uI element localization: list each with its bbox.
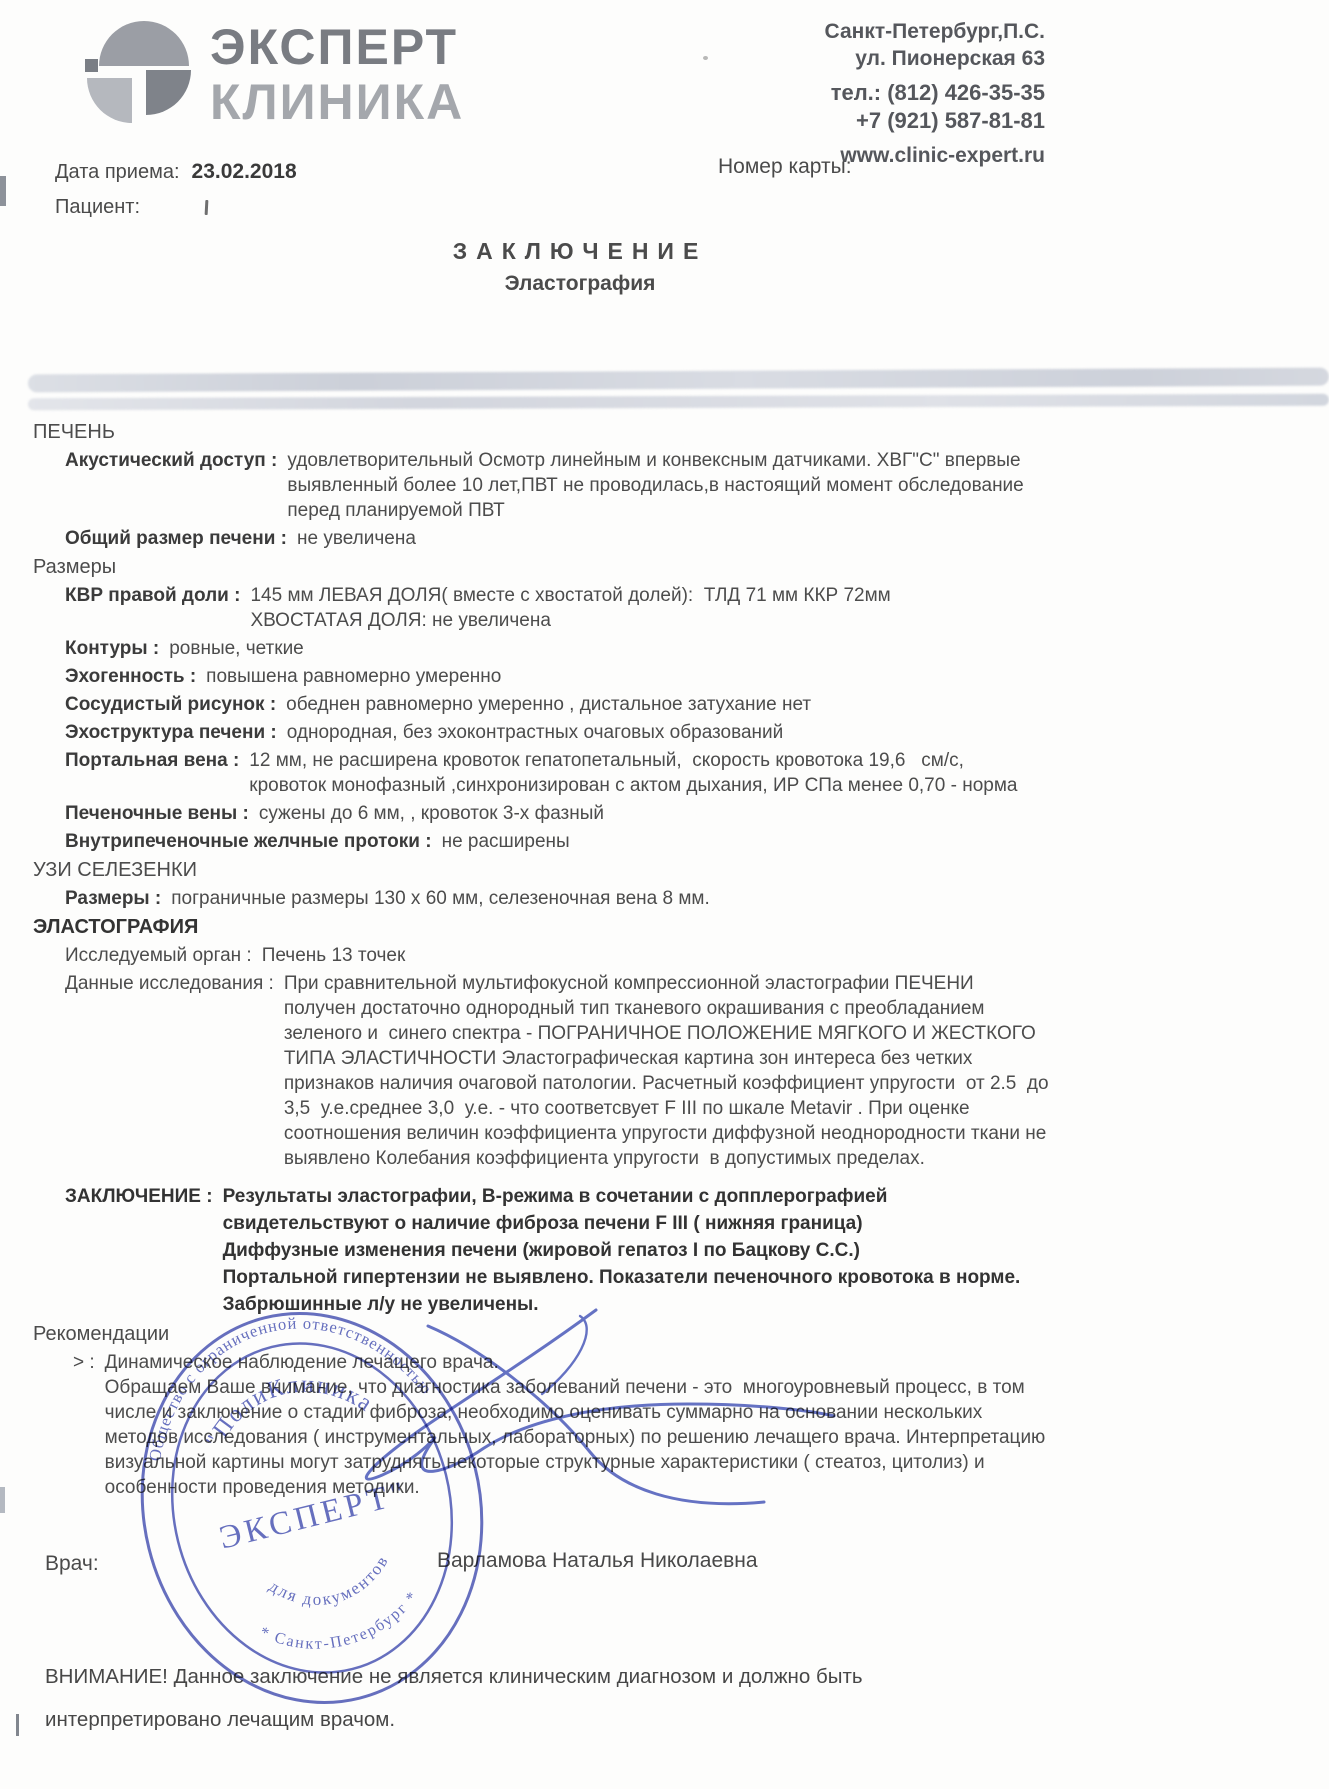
field-value: Печень 13 точек — [262, 943, 406, 968]
doctor-signature — [128, 1282, 868, 1522]
text-line: признаков наличия очаговой патологии. Ра… — [284, 1071, 1049, 1096]
field-row-echostructure: Эхоструктура печени : однородная, без эх… — [33, 720, 1153, 745]
admission-date-label: Дата приема: — [55, 161, 180, 183]
text-line: сужены до 6 мм, , кровоток 3-х фазный — [259, 801, 604, 826]
text-line: не расширены — [442, 829, 570, 854]
field-label: Общий размер печени : — [65, 526, 287, 551]
clinic-logo-icon — [72, 14, 204, 132]
field-value: не расширены — [442, 829, 570, 854]
clinic-address-city: Санкт-Петербург,П.С. — [825, 18, 1045, 45]
text-line: свидетельствуют о наличие фиброза печени… — [223, 1210, 1021, 1237]
doctor-label: Врач: — [45, 1552, 99, 1576]
clinic-phone-2: +7 (921) 587-81-81 — [825, 107, 1045, 135]
section-header-sizes: Размеры — [33, 554, 1153, 580]
document-page: ЭКСПЕРТ КЛИНИКА Санкт-Петербург,П.С. ул.… — [0, 0, 1329, 1789]
scan-band-artifact — [28, 394, 1329, 411]
text-line: не увеличена — [297, 526, 416, 551]
text-line: зеленого и синего спектра - ПОГРАНИЧНОЕ … — [284, 1021, 1049, 1046]
clinic-address-street: ул. Пионерская 63 — [825, 45, 1045, 72]
admission-date-value: 23.02.2018 — [192, 160, 297, 183]
clinic-contact-block: Санкт-Петербург,П.С. ул. Пионерская 63 т… — [825, 18, 1045, 168]
text-line: обеднен равномерно умеренно , дистальное… — [286, 692, 811, 717]
clinic-website: www.clinic-expert.ru — [825, 144, 1045, 168]
field-label: Исследуемый орган : — [65, 943, 252, 968]
field-label: Размеры : — [65, 886, 161, 911]
field-label: КВР правой доли : — [65, 583, 240, 608]
field-row-acoustic-access: Акустический доступ : удовлетворительный… — [33, 448, 1153, 523]
text-line: 3,5 у.е.среднее 3,0 у.е. - что соответсв… — [284, 1096, 1049, 1121]
field-row-study-data: Данные исследования : При сравнительной … — [33, 971, 1153, 1171]
field-row-bile-ducts: Внутрипеченочные желчные протоки : не ра… — [33, 829, 1153, 854]
field-row-liver-size: Общий размер печени : не увеличена — [33, 526, 1153, 551]
text-line: перед планируемой ПВТ — [287, 498, 1023, 523]
text-line: ХВОСТАТАЯ ДОЛЯ: не увеличена — [250, 608, 890, 633]
text-line: При сравнительной мультифокусной компрес… — [284, 971, 1049, 996]
scan-edge-artifact — [0, 1487, 5, 1513]
patient-name-redaction-mark — [205, 200, 209, 215]
field-value: При сравнительной мультифокусной компрес… — [284, 971, 1049, 1171]
text-line: Печень 13 точек — [262, 943, 406, 968]
text-line: выявлено Колебания коэффициента упругост… — [284, 1146, 1049, 1171]
text-line: соотношения величин коэффициента упругос… — [284, 1121, 1049, 1146]
field-value: не увеличена — [297, 526, 416, 551]
field-label: Внутрипеченочные желчные протоки : — [65, 829, 432, 854]
clinic-phone-1: тел.: (812) 426-35-35 — [825, 79, 1045, 107]
section-header-liver: ПЕЧЕНЬ — [33, 419, 1153, 445]
field-row-vascular-pattern: Сосудистый рисунок : обеднен равномерно … — [33, 692, 1153, 717]
field-label: Портальная вена : — [65, 748, 239, 773]
field-row-examined-organ: Исследуемый орган : Печень 13 точек — [33, 943, 1153, 968]
field-row-spleen-sizes: Размеры : пограничные размеры 130 x 60 м… — [33, 886, 1153, 911]
card-number-label: Номер карты: — [718, 155, 852, 179]
section-header-elastography: ЭЛАСТОГРАФИЯ — [33, 914, 1153, 940]
patient-label: Пациент: — [55, 196, 140, 219]
field-row-portal-vein: Портальная вена : 12 мм, не расширена кр… — [33, 748, 1153, 798]
text-line: пограничные размеры 130 x 60 мм, селезен… — [171, 886, 709, 911]
text-line: однородная, без эхоконтрастных очаговых … — [287, 720, 784, 745]
field-label: Печеночные вены : — [65, 801, 249, 826]
field-label: ЗАКЛЮЧЕНИЕ : — [65, 1183, 213, 1210]
field-value: обеднен равномерно умеренно , дистальное… — [286, 692, 811, 717]
field-label: Эхогенность : — [65, 664, 196, 689]
text-line: удовлетворительный Осмотр линейным и кон… — [287, 448, 1023, 473]
text-line: Результаты эластографии, В-режима в соче… — [223, 1183, 1021, 1210]
field-row-hepatic-veins: Печеночные вены : сужены до 6 мм, , кров… — [33, 801, 1153, 826]
field-value: пограничные размеры 130 x 60 мм, селезен… — [171, 886, 709, 911]
field-row-kvr: КВР правой доли : 145 мм ЛЕВАЯ ДОЛЯ( вме… — [33, 583, 1153, 633]
field-value: сужены до 6 мм, , кровоток 3-х фазный — [259, 801, 604, 826]
text-line: ровные, четкие — [169, 636, 304, 661]
report-subtitle: Эластография — [0, 272, 1160, 296]
field-row-echogenicity: Эхогенность : повышена равномерно умерен… — [33, 664, 1153, 689]
text-line: повышена равномерно умеренно — [206, 664, 501, 689]
text-line: кровоток монофазный ,синхронизирован с а… — [249, 773, 1017, 798]
field-label: Эхоструктура печени : — [65, 720, 277, 745]
report-title-block: ЗАКЛЮЧЕНИЕ Эластография — [0, 238, 1160, 296]
text-line: 12 мм, не расширена кровоток гепатопетал… — [249, 748, 1017, 773]
field-label: Контуры : — [65, 636, 159, 661]
text-line: ТИПА ЭЛАСТИЧНОСТИ Эластографическая карт… — [284, 1046, 1049, 1071]
field-label: Сосудистый рисунок : — [65, 692, 276, 717]
scan-speck-artifact — [703, 56, 708, 60]
field-label: Данные исследования : — [65, 971, 274, 996]
field-value: повышена равномерно умеренно — [206, 664, 501, 689]
field-value: однородная, без эхоконтрастных очаговых … — [287, 720, 784, 745]
text-line: получен достаточно однородный тип тканев… — [284, 996, 1049, 1021]
field-label: Акустический доступ : — [65, 448, 277, 473]
field-row-contours: Контуры : ровные, четкие — [33, 636, 1153, 661]
text-line: Диффузные изменения печени (жировой гепа… — [223, 1237, 1021, 1264]
clinic-name: ЭКСПЕРТ КЛИНИКА — [210, 20, 464, 130]
field-value: 12 мм, не расширена кровоток гепатопетал… — [249, 748, 1017, 798]
text-line: выявленный более 10 лет,ПВТ не проводила… — [287, 473, 1023, 498]
clinic-name-line2: КЛИНИКА — [210, 75, 464, 130]
scan-edge-artifact — [16, 1714, 19, 1736]
recommendation-marker: > : — [73, 1350, 95, 1375]
section-header-spleen: УЗИ СЕЛЕЗЕНКИ — [33, 857, 1153, 883]
svg-text:для документов: для документов — [263, 1548, 400, 1622]
report-title: ЗАКЛЮЧЕНИЕ — [0, 238, 1160, 265]
field-value: удовлетворительный Осмотр линейным и кон… — [287, 448, 1023, 523]
scan-edge-artifact — [0, 176, 6, 206]
text-line: 145 мм ЛЕВАЯ ДОЛЯ( вместе с хвостатой до… — [250, 583, 890, 608]
field-value: 145 мм ЛЕВАЯ ДОЛЯ( вместе с хвостатой до… — [250, 583, 890, 633]
field-value: ровные, четкие — [169, 636, 304, 661]
admission-date-row: Дата приема:23.02.2018 — [55, 160, 297, 184]
clinic-name-line1: ЭКСПЕРТ — [210, 20, 464, 75]
stamp-inner-bottom-text: для документов — [263, 1548, 400, 1622]
scan-band-artifact — [28, 368, 1329, 393]
